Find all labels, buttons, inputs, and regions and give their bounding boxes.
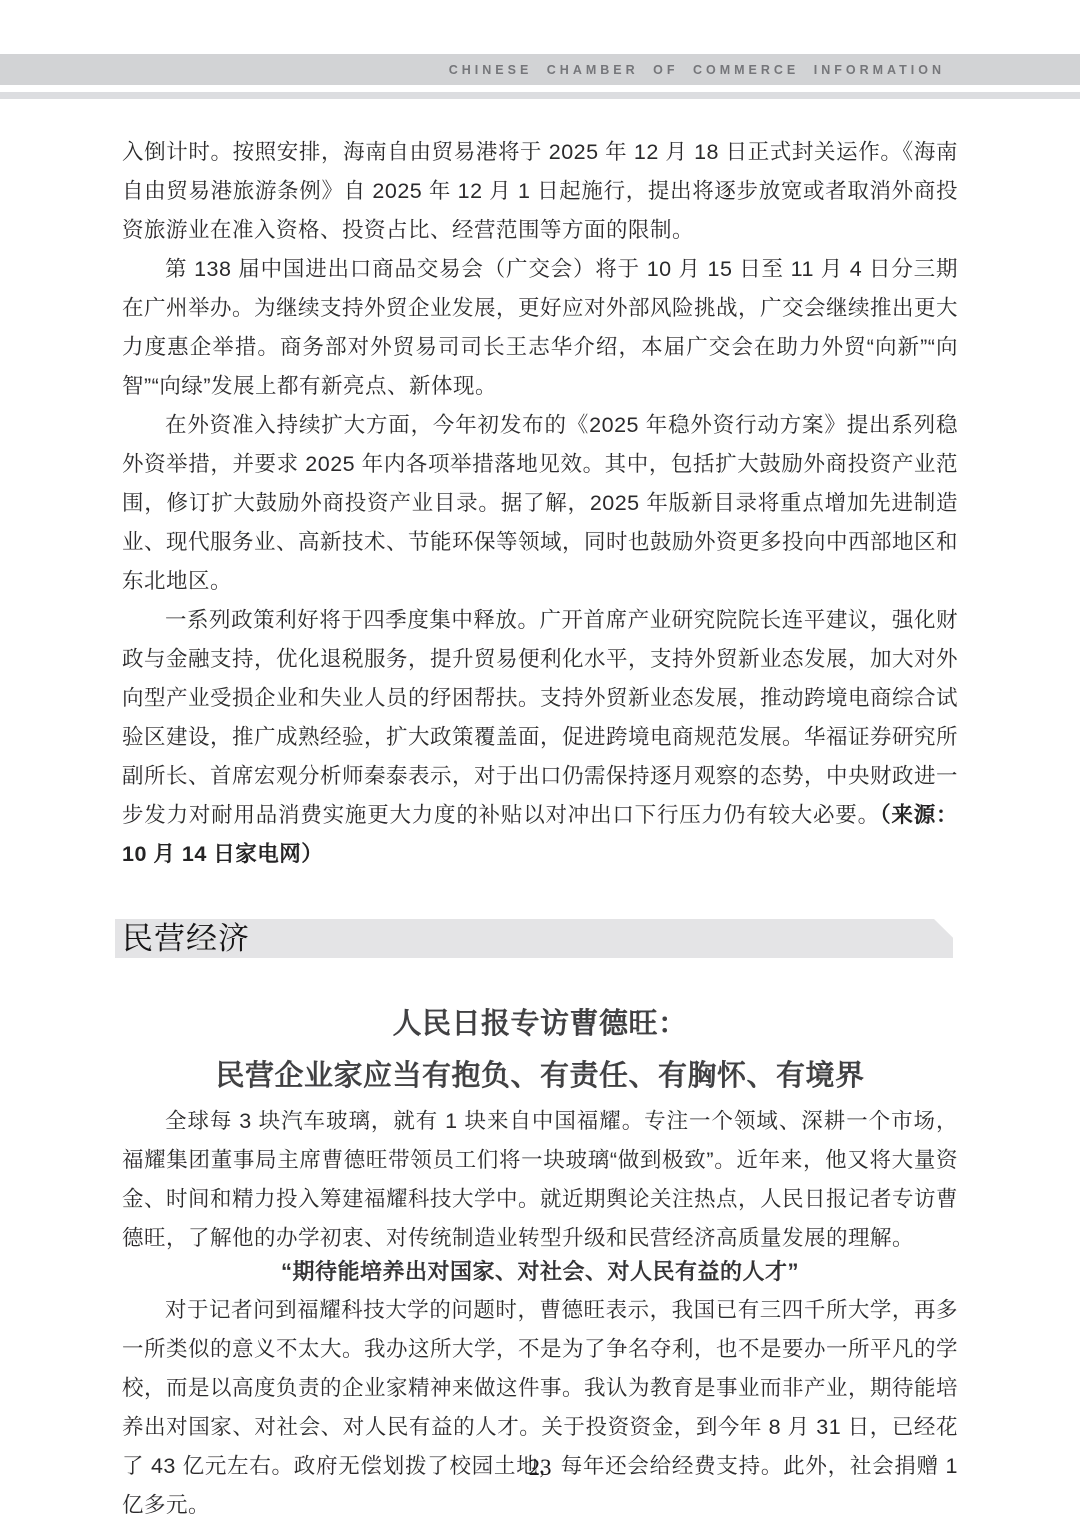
paragraph-foreign-investment-plan: 在外资准入持续扩大方面，今年初发布的《2025 年稳外资行动方案》提出系列稳外资… [122,406,958,601]
paragraph-article-body: 对于记者问到福耀科技大学的问题时，曹德旺表示，我国已有三四千所大学，再多一所类似… [122,1291,958,1525]
header-banner-underline [0,92,1080,99]
paragraph-canton-fair: 第 138 届中国进出口商品交易会（广交会）将于 10 月 15 日至 11 月… [122,250,958,406]
paragraph-policy-outlook: 一系列政策利好将于四季度集中释放。广开首席产业研究院院长连平建议，强化财政与金融… [122,601,958,874]
article-title-line1: 人民日报专访曹德旺： [122,998,958,1050]
article-title-line2: 民营企业家应当有抱负、有责任、有胸怀、有境界 [122,1050,958,1102]
section-header-private-economy: 民营经济 [115,919,953,958]
article-title: 人民日报专访曹德旺： 民营企业家应当有抱负、有责任、有胸怀、有境界 [122,998,958,1102]
header-banner-text: CHINESE CHAMBER OF COMMERCE INFORMATION [449,63,945,77]
section-header-label: 民营经济 [115,919,250,958]
page-number: 23 [0,1455,1080,1481]
paragraph-policy-outlook-text: 一系列政策利好将于四季度集中释放。广开首席产业研究院院长连平建议，强化财政与金融… [122,608,958,827]
page-content: 入倒计时。按照安排，海南自由贸易港将于 2025 年 12 月 18 日正式封关… [122,133,958,1525]
paragraph-hainan-free-trade-port: 入倒计时。按照安排，海南自由贸易港将于 2025 年 12 月 18 日正式封关… [122,133,958,250]
document-page: CHINESE CHAMBER OF COMMERCE INFORMATION … [0,0,1080,1525]
paragraph-article-intro: 全球每 3 块汽车玻璃，就有 1 块来自中国福耀。专注一个领域、深耕一个市场，福… [122,1102,958,1258]
header-banner: CHINESE CHAMBER OF COMMERCE INFORMATION [0,54,1080,85]
